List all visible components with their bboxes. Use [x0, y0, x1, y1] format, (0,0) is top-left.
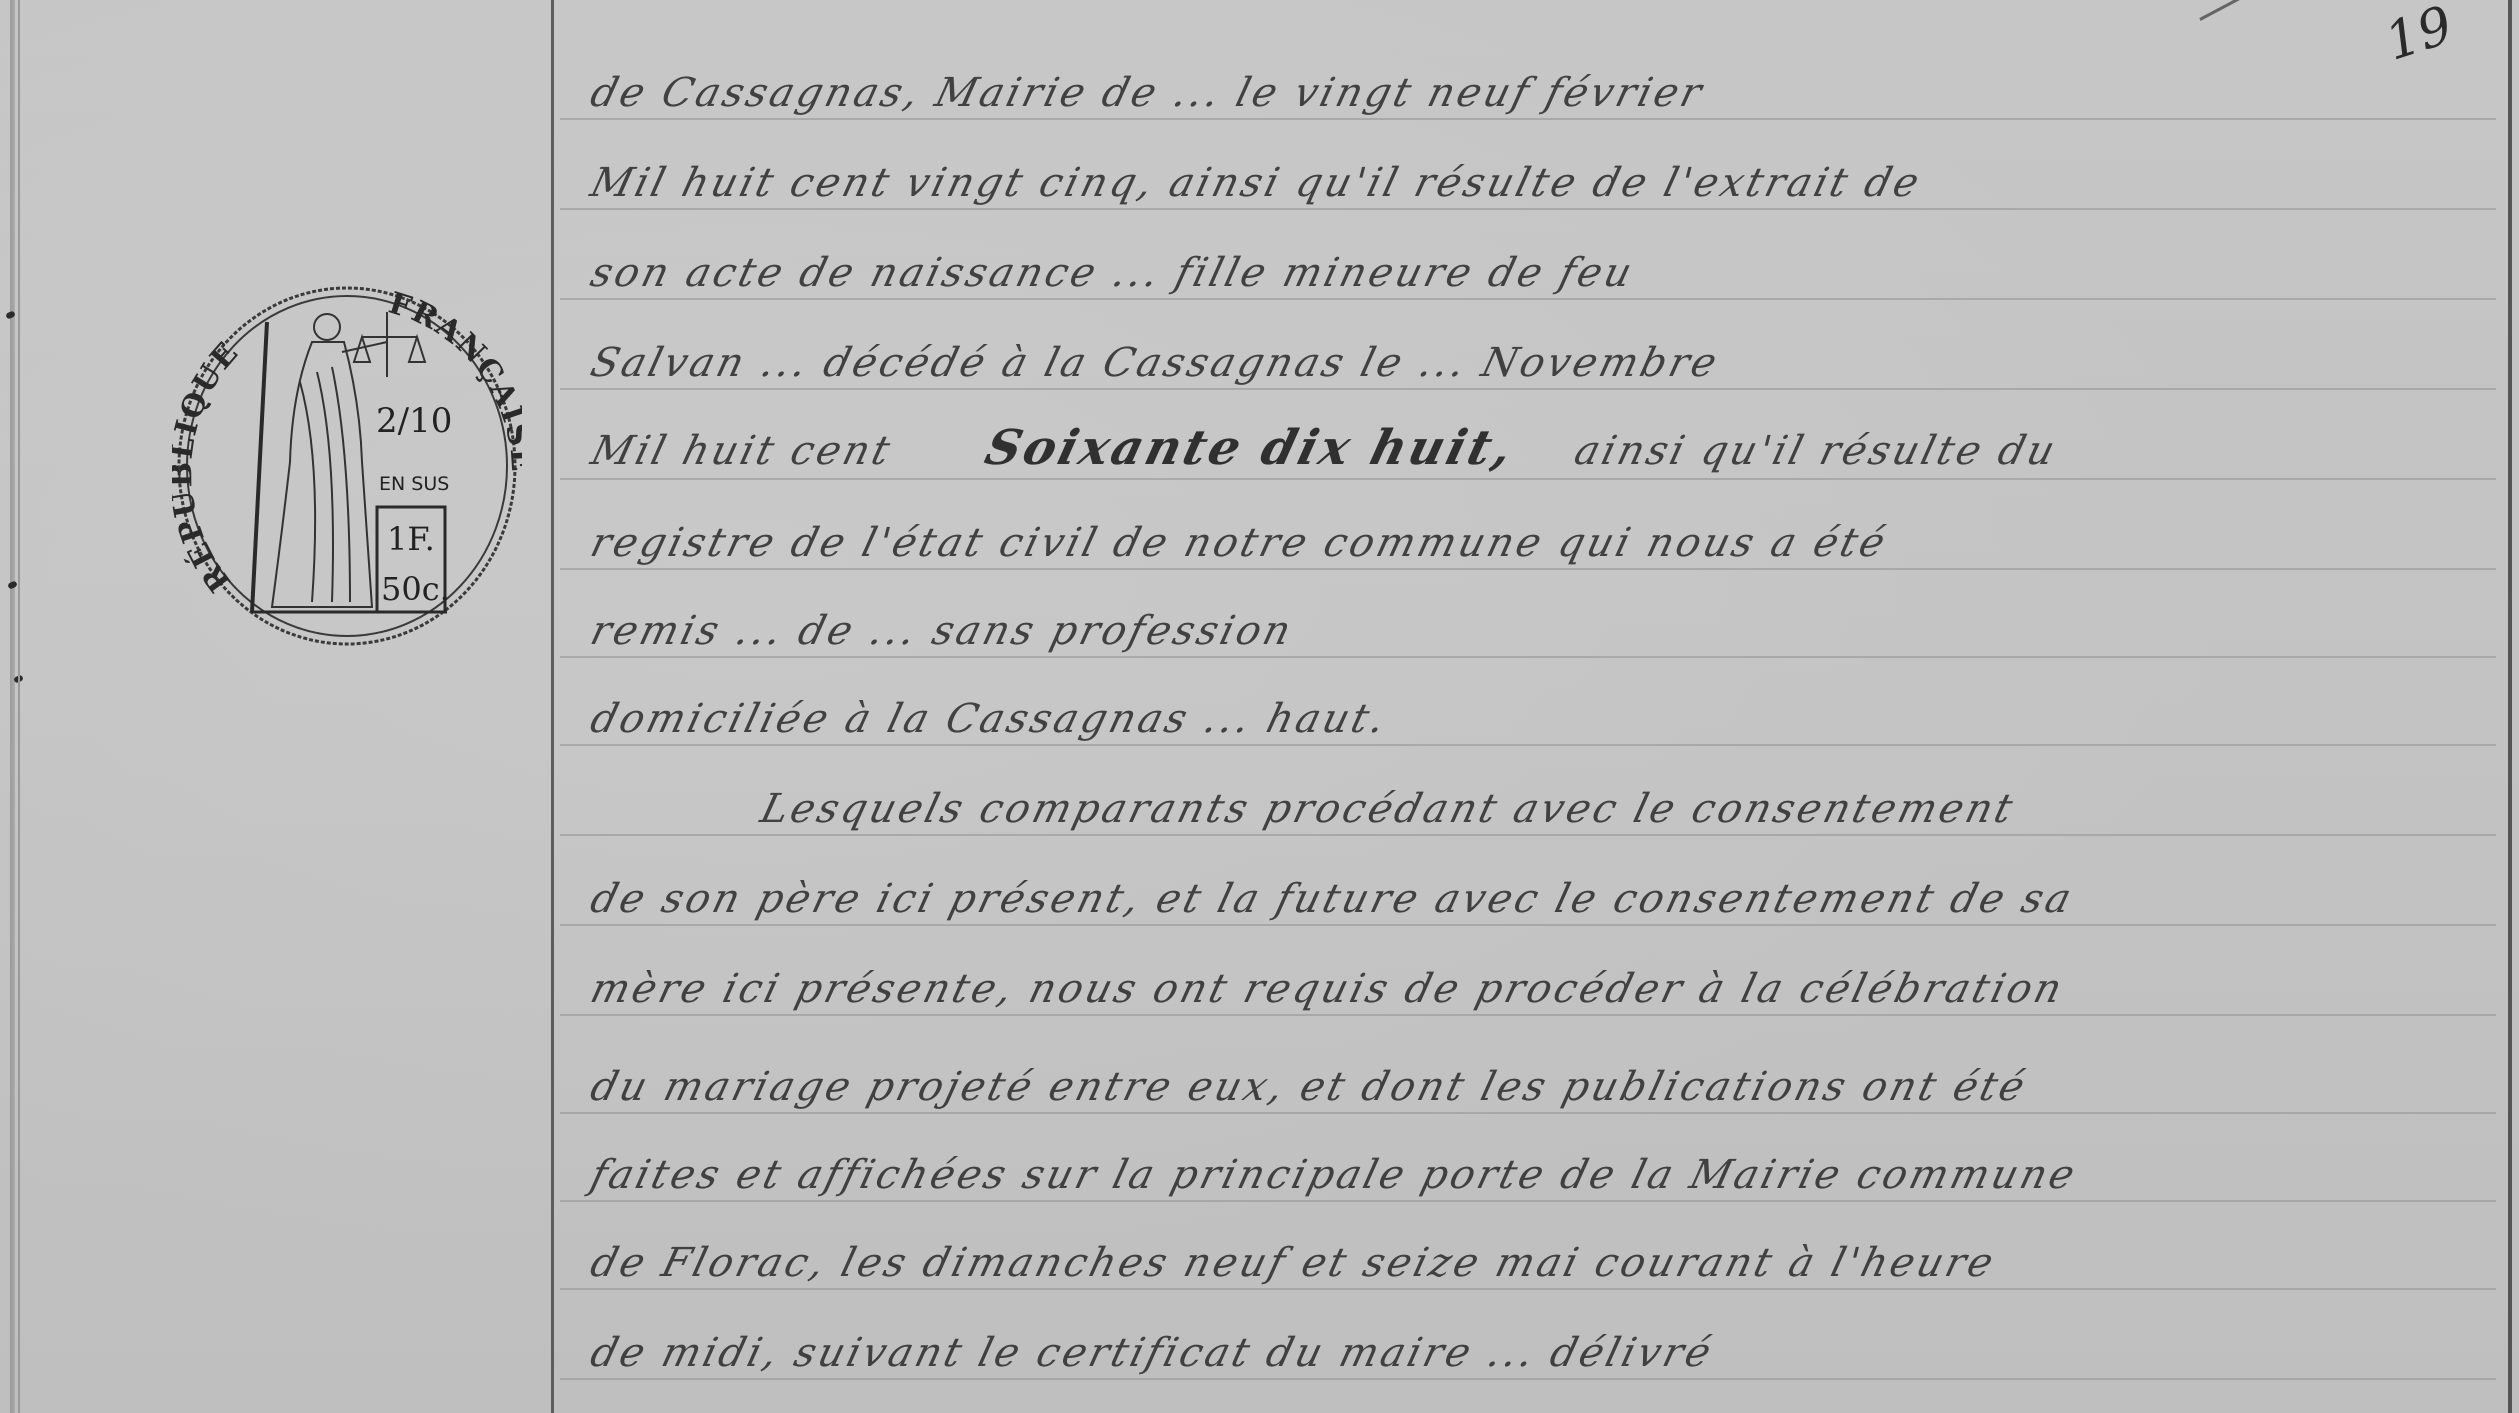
stamp-value-francs: 1F. [387, 520, 435, 558]
text-line-1: de Cassagnas, Mairie de ... le vingt neu… [556, 30, 2506, 120]
line-text-before: Mil huit cent [586, 428, 897, 474]
stamp-surcharge-label: EN SUS [379, 473, 449, 495]
margin-rule [551, 0, 554, 1413]
ruled-line [560, 1014, 2496, 1016]
binding-edge [10, 0, 15, 1413]
line-text: mère ici présente, nous ont requis de pr… [586, 966, 2069, 1012]
line-text-after: ainsi qu'il résulte du [1570, 428, 2062, 474]
stamp-value-cents: 50c. [381, 570, 450, 608]
year-emphasis: Soixante dix huit, [980, 420, 1521, 476]
stamp-text-right: FRANÇAISE [385, 286, 522, 475]
text-line-15: de midi, suivant le certificat du maire … [556, 1290, 2506, 1380]
marianne-stamp-icon: RÉPUBLIQUE FRANÇAISE [172, 282, 522, 650]
text-line-10: de son père ici présent, et la future av… [556, 836, 2506, 926]
line-text: Salvan ... décédé à la Cassagnas le ... … [586, 340, 1724, 386]
text-line-8: domiciliée à la Cassagnas ... haut. [556, 656, 2506, 746]
text-line-9: Lesquels comparants procédant avec le co… [556, 746, 2506, 836]
line-text: de Cassagnas, Mairie de ... le vingt neu… [586, 70, 1709, 116]
text-line-4: Salvan ... décédé à la Cassagnas le ... … [556, 300, 2506, 390]
svg-text:FRANÇAISE: FRANÇAISE [385, 286, 522, 475]
binding-mark [7, 580, 18, 589]
line-text: de midi, suivant le certificat du maire … [586, 1330, 1718, 1376]
line-text: de Florac, les dimanches neuf et seize m… [586, 1240, 2001, 1286]
line-text: faites et affichées sur la principale po… [586, 1152, 2082, 1198]
line-text: son acte de naissance ... fille mineure … [586, 250, 1639, 296]
text-line-5: Mil huit cent Soixante dix huit, ainsi q… [556, 390, 2506, 480]
right-border-rule [2508, 0, 2512, 1413]
line-text: Mil huit cent Soixante dix huit, ainsi q… [586, 420, 2064, 476]
line-text: du mariage projeté entre eux, et dont le… [586, 1064, 2032, 1110]
text-line-7: remis ... de ... sans profession [556, 568, 2506, 658]
text-line-13: faites et affichées sur la principale po… [556, 1112, 2506, 1202]
text-line-2: Mil huit cent vingt cinq, ainsi qu'il ré… [556, 120, 2506, 210]
text-line-12: du mariage projeté entre eux, et dont le… [556, 1024, 2506, 1114]
line-text: domiciliée à la Cassagnas ... haut. [586, 696, 1392, 742]
stamp-surcharge-fraction: 2/10 [376, 401, 452, 441]
line-text: Lesquels comparants procédant avec le co… [756, 786, 2020, 832]
text-line-11: mère ici présente, nous ont requis de pr… [556, 926, 2506, 1016]
text-line-14: de Florac, les dimanches neuf et seize m… [556, 1200, 2506, 1290]
svg-text:RÉPUBLIQUE: RÉPUBLIQUE [172, 335, 246, 599]
stamp-text-left: RÉPUBLIQUE [172, 335, 246, 599]
line-text: registre de l'état civil de notre commun… [586, 520, 1892, 566]
text-line-3: son acte de naissance ... fille mineure … [556, 210, 2506, 300]
ruled-line [560, 1378, 2496, 1380]
line-text: de son père ici présent, et la future av… [586, 876, 2079, 922]
register-page: RÉPUBLIQUE FRANÇAISE [0, 0, 2519, 1413]
handwritten-text-block: de Cassagnas, Mairie de ... le vingt neu… [556, 0, 2506, 1413]
line-text: remis ... de ... sans profession [586, 608, 1298, 654]
revenue-stamp: RÉPUBLIQUE FRANÇAISE [172, 282, 522, 650]
line-text: Mil huit cent vingt cinq, ainsi qu'il ré… [586, 160, 1926, 206]
text-line-6: registre de l'état civil de notre commun… [556, 480, 2506, 570]
left-margin-rule [18, 0, 20, 1413]
